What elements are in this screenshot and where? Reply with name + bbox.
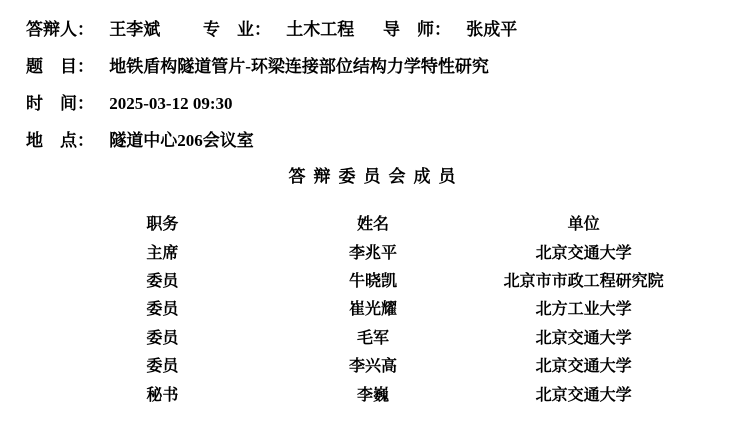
table-row: 秘书 李巍 北京交通大学: [57, 381, 689, 409]
member-name: 李兴高: [268, 358, 479, 376]
defense-info-line-4: 地 点： 隧道中心206会议室: [0, 131, 744, 151]
defense-notice-page: 答辩人： 王李斌 专 业： 土木工程 导 师： 张成平 题 目： 地铁盾构隧道管…: [0, 0, 744, 429]
member-affiliation: 北京交通大学: [478, 387, 689, 405]
member-name: 李巍: [268, 387, 479, 405]
time-value: 2025-03-12 09:30: [109, 94, 232, 114]
major-value: 土木工程: [286, 20, 354, 40]
member-role: 委员: [57, 358, 268, 376]
member-affiliation: 北京市市政工程研究院: [478, 273, 689, 291]
member-affiliation: 北京交通大学: [478, 358, 689, 376]
member-name: 崔光耀: [268, 301, 479, 319]
table-row: 主席 李兆平 北京交通大学: [57, 239, 689, 267]
table-row: 委员 牛晓凯 北京市市政工程研究院: [57, 268, 689, 296]
defender-label: 答辩人：: [26, 20, 94, 40]
column-header-affiliation: 单位: [478, 216, 689, 234]
topic-field: 题 目： 地铁盾构隧道管片-环梁连接部位结构力学特性研究: [26, 57, 489, 77]
member-role: 委员: [57, 273, 268, 291]
column-header-role: 职务: [57, 216, 268, 234]
defender-value: 王李斌: [109, 20, 160, 40]
member-affiliation: 北京交通大学: [478, 330, 689, 348]
member-role: 秘书: [57, 387, 268, 405]
table-row: 委员 李兴高 北京交通大学: [57, 353, 689, 381]
table-row: 委员 毛军 北京交通大学: [57, 325, 689, 353]
member-name: 李兆平: [268, 245, 479, 263]
advisor-label: 导 师：: [383, 20, 451, 40]
member-name: 牛晓凯: [268, 273, 479, 291]
defender-field: 答辩人： 王李斌: [26, 20, 160, 40]
advisor-field: 导 师： 张成平: [383, 20, 517, 40]
member-role: 委员: [57, 330, 268, 348]
member-name: 毛军: [268, 330, 479, 348]
defense-info-line-2: 题 目： 地铁盾构隧道管片-环梁连接部位结构力学特性研究: [0, 57, 744, 77]
committee-table: 职务 姓名 单位 主席 李兆平 北京交通大学 委员 牛晓凯 北京市市政工程研究院…: [57, 211, 689, 410]
table-row: 委员 崔光耀 北方工业大学: [57, 296, 689, 324]
committee-table-header: 职务 姓名 单位: [57, 211, 689, 239]
committee-title: 答辩委员会成员: [0, 166, 744, 188]
time-label: 时 间：: [26, 94, 94, 114]
location-field: 地 点： 隧道中心206会议室: [26, 131, 254, 151]
defense-info-line-1: 答辩人： 王李斌 专 业： 土木工程 导 师： 张成平: [0, 20, 744, 40]
defense-info-line-3: 时 间： 2025-03-12 09:30: [0, 94, 744, 114]
topic-value: 地铁盾构隧道管片-环梁连接部位结构力学特性研究: [109, 57, 489, 77]
member-affiliation: 北京交通大学: [478, 245, 689, 263]
advisor-value: 张成平: [466, 20, 517, 40]
time-field: 时 间： 2025-03-12 09:30: [26, 94, 232, 114]
location-value: 隧道中心206会议室: [109, 131, 254, 151]
column-header-name: 姓名: [268, 216, 479, 234]
location-label: 地 点：: [26, 131, 94, 151]
member-role: 主席: [57, 245, 268, 263]
member-affiliation: 北方工业大学: [478, 301, 689, 319]
topic-label: 题 目：: [26, 57, 94, 77]
major-field: 专 业： 土木工程: [203, 20, 354, 40]
major-label: 专 业：: [203, 20, 271, 40]
member-role: 委员: [57, 301, 268, 319]
